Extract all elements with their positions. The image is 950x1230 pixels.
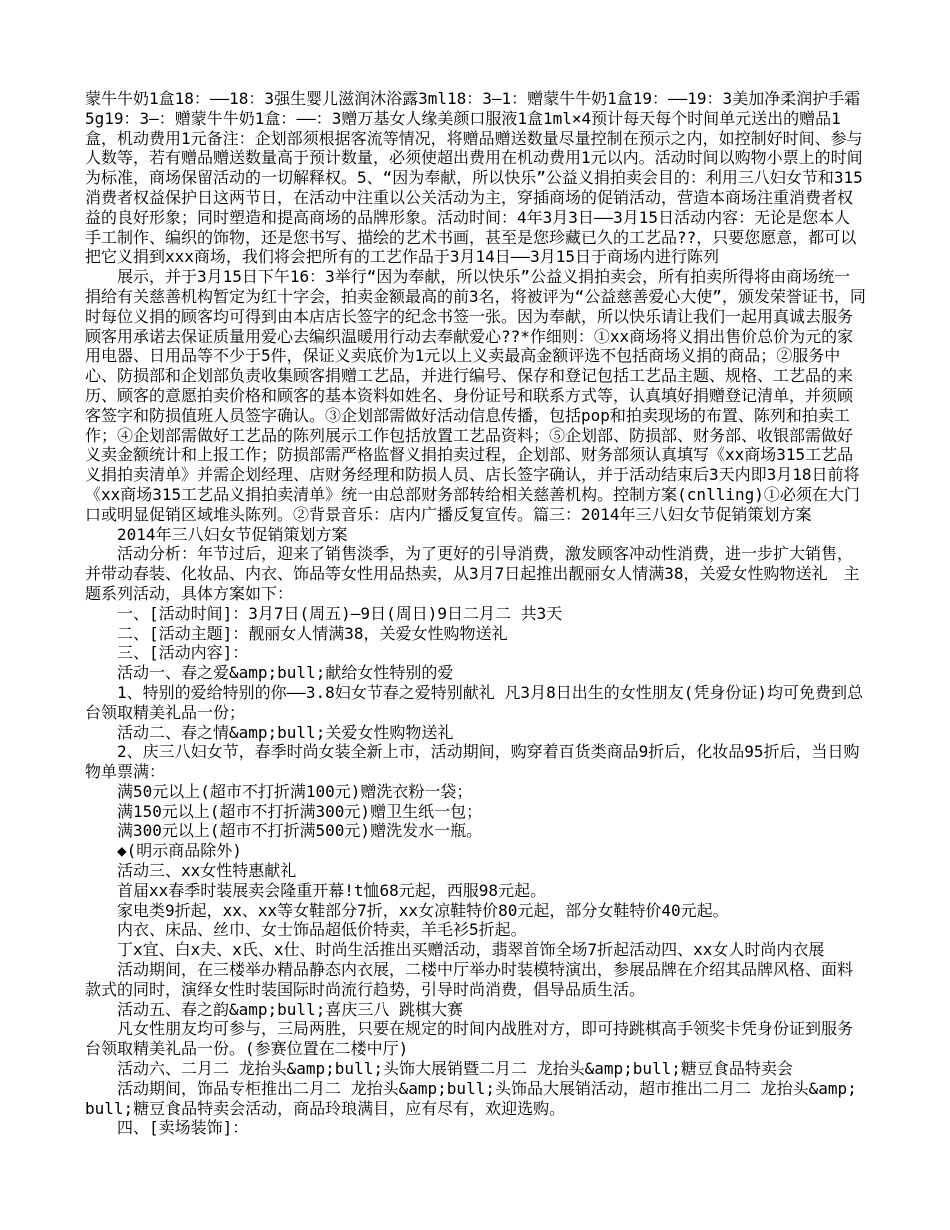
paragraph: 活动一、春之爱&amp;bull;献给女性特别的爱 [85,663,866,683]
paragraph: 活动期间，饰品专柜推出二月二 龙抬头&amp;bull;头饰品大展销活动，超市推… [85,1079,866,1119]
paragraph: 满300元以上(超市不打折满500元)赠洗发水一瓶。 [85,821,866,841]
paragraph: 四、[卖场装饰]： [85,1118,866,1138]
paragraph: ◆(明示商品除外) [85,841,866,861]
paragraph: 展示，并于3月15日下午16：3举行“因为奉献，所以快乐”公益义捐拍卖会，所有拍… [85,267,866,524]
paragraph: 二、[活动主题]：靓丽女人情满38，关爱女性购物送礼 [85,624,866,644]
paragraph: 三、[活动内容]： [85,643,866,663]
document-body: 蒙牛牛奶1盒18：——18：3强生婴儿滋润沐浴露3ml18：3—1：赠蒙牛牛奶1… [85,89,866,1138]
document-page: 蒙牛牛奶1盒18：——18：3强生婴儿滋润沐浴露3ml18：3—1：赠蒙牛牛奶1… [0,0,950,1230]
paragraph: 内衣、床品、丝巾、女士饰品超低价特卖，羊毛衫5折起。 [85,920,866,940]
paragraph: 首届xx春季时装展卖会隆重开幕!t恤68元起，西服98元起。 [85,881,866,901]
paragraph: 丁x宜、白x夫、x氏、x仕、时尚生活推出买赠活动，翡翠首饰全场7折起活动四、xx… [85,940,866,960]
paragraph: 满150元以上(超市不打折满300元)赠卫生纸一包； [85,802,866,822]
paragraph: 活动分析：年节过后，迎来了销售淡季，为了更好的引导消费，激发顾客冲动性消费，进一… [85,544,866,603]
paragraph: 蒙牛牛奶1盒18：——18：3强生婴儿滋润沐浴露3ml18：3—1：赠蒙牛牛奶1… [85,89,866,267]
paragraph: 凡女性朋友均可参与，三局两胜，只要在规定的时间内战胜对方，即可持跳棋高手领奖卡凭… [85,1019,866,1059]
paragraph: 活动期间，在三楼举办精品静态内衣展，二楼中厅举办时装模特演出，参展品牌在介绍其品… [85,960,866,1000]
paragraph: 2014年三八妇女节促销策划方案 [85,525,866,545]
paragraph: 活动二、春之情&amp;bull;关爱女性购物送礼 [85,723,866,743]
paragraph: 一、[活动时间]：3月7日(周五)—9日(周日)9日二月二 共3天 [85,604,866,624]
paragraph: 活动六、二月二 龙抬头&amp;bull;头饰大展销暨二月二 龙抬头&amp;b… [85,1059,866,1079]
paragraph: 活动五、春之韵&amp;bull;喜庆三八 跳棋大赛 [85,1000,866,1020]
paragraph: 1、特别的爱给特别的你——3.8妇女节春之爱特别献礼 凡3月8日出生的女性朋友(… [85,683,866,723]
paragraph: 满50元以上(超市不打折满100元)赠洗衣粉一袋； [85,782,866,802]
paragraph: 2、庆三八妇女节，春季时尚女装全新上市，活动期间，购穿着百货类商品9折后，化妆品… [85,742,866,782]
paragraph: 活动三、xx女性特惠献礼 [85,861,866,881]
paragraph: 家电类9折起，xx、xx等女鞋部分7折，xx女凉鞋特价80元起，部分女鞋特价40… [85,901,866,921]
